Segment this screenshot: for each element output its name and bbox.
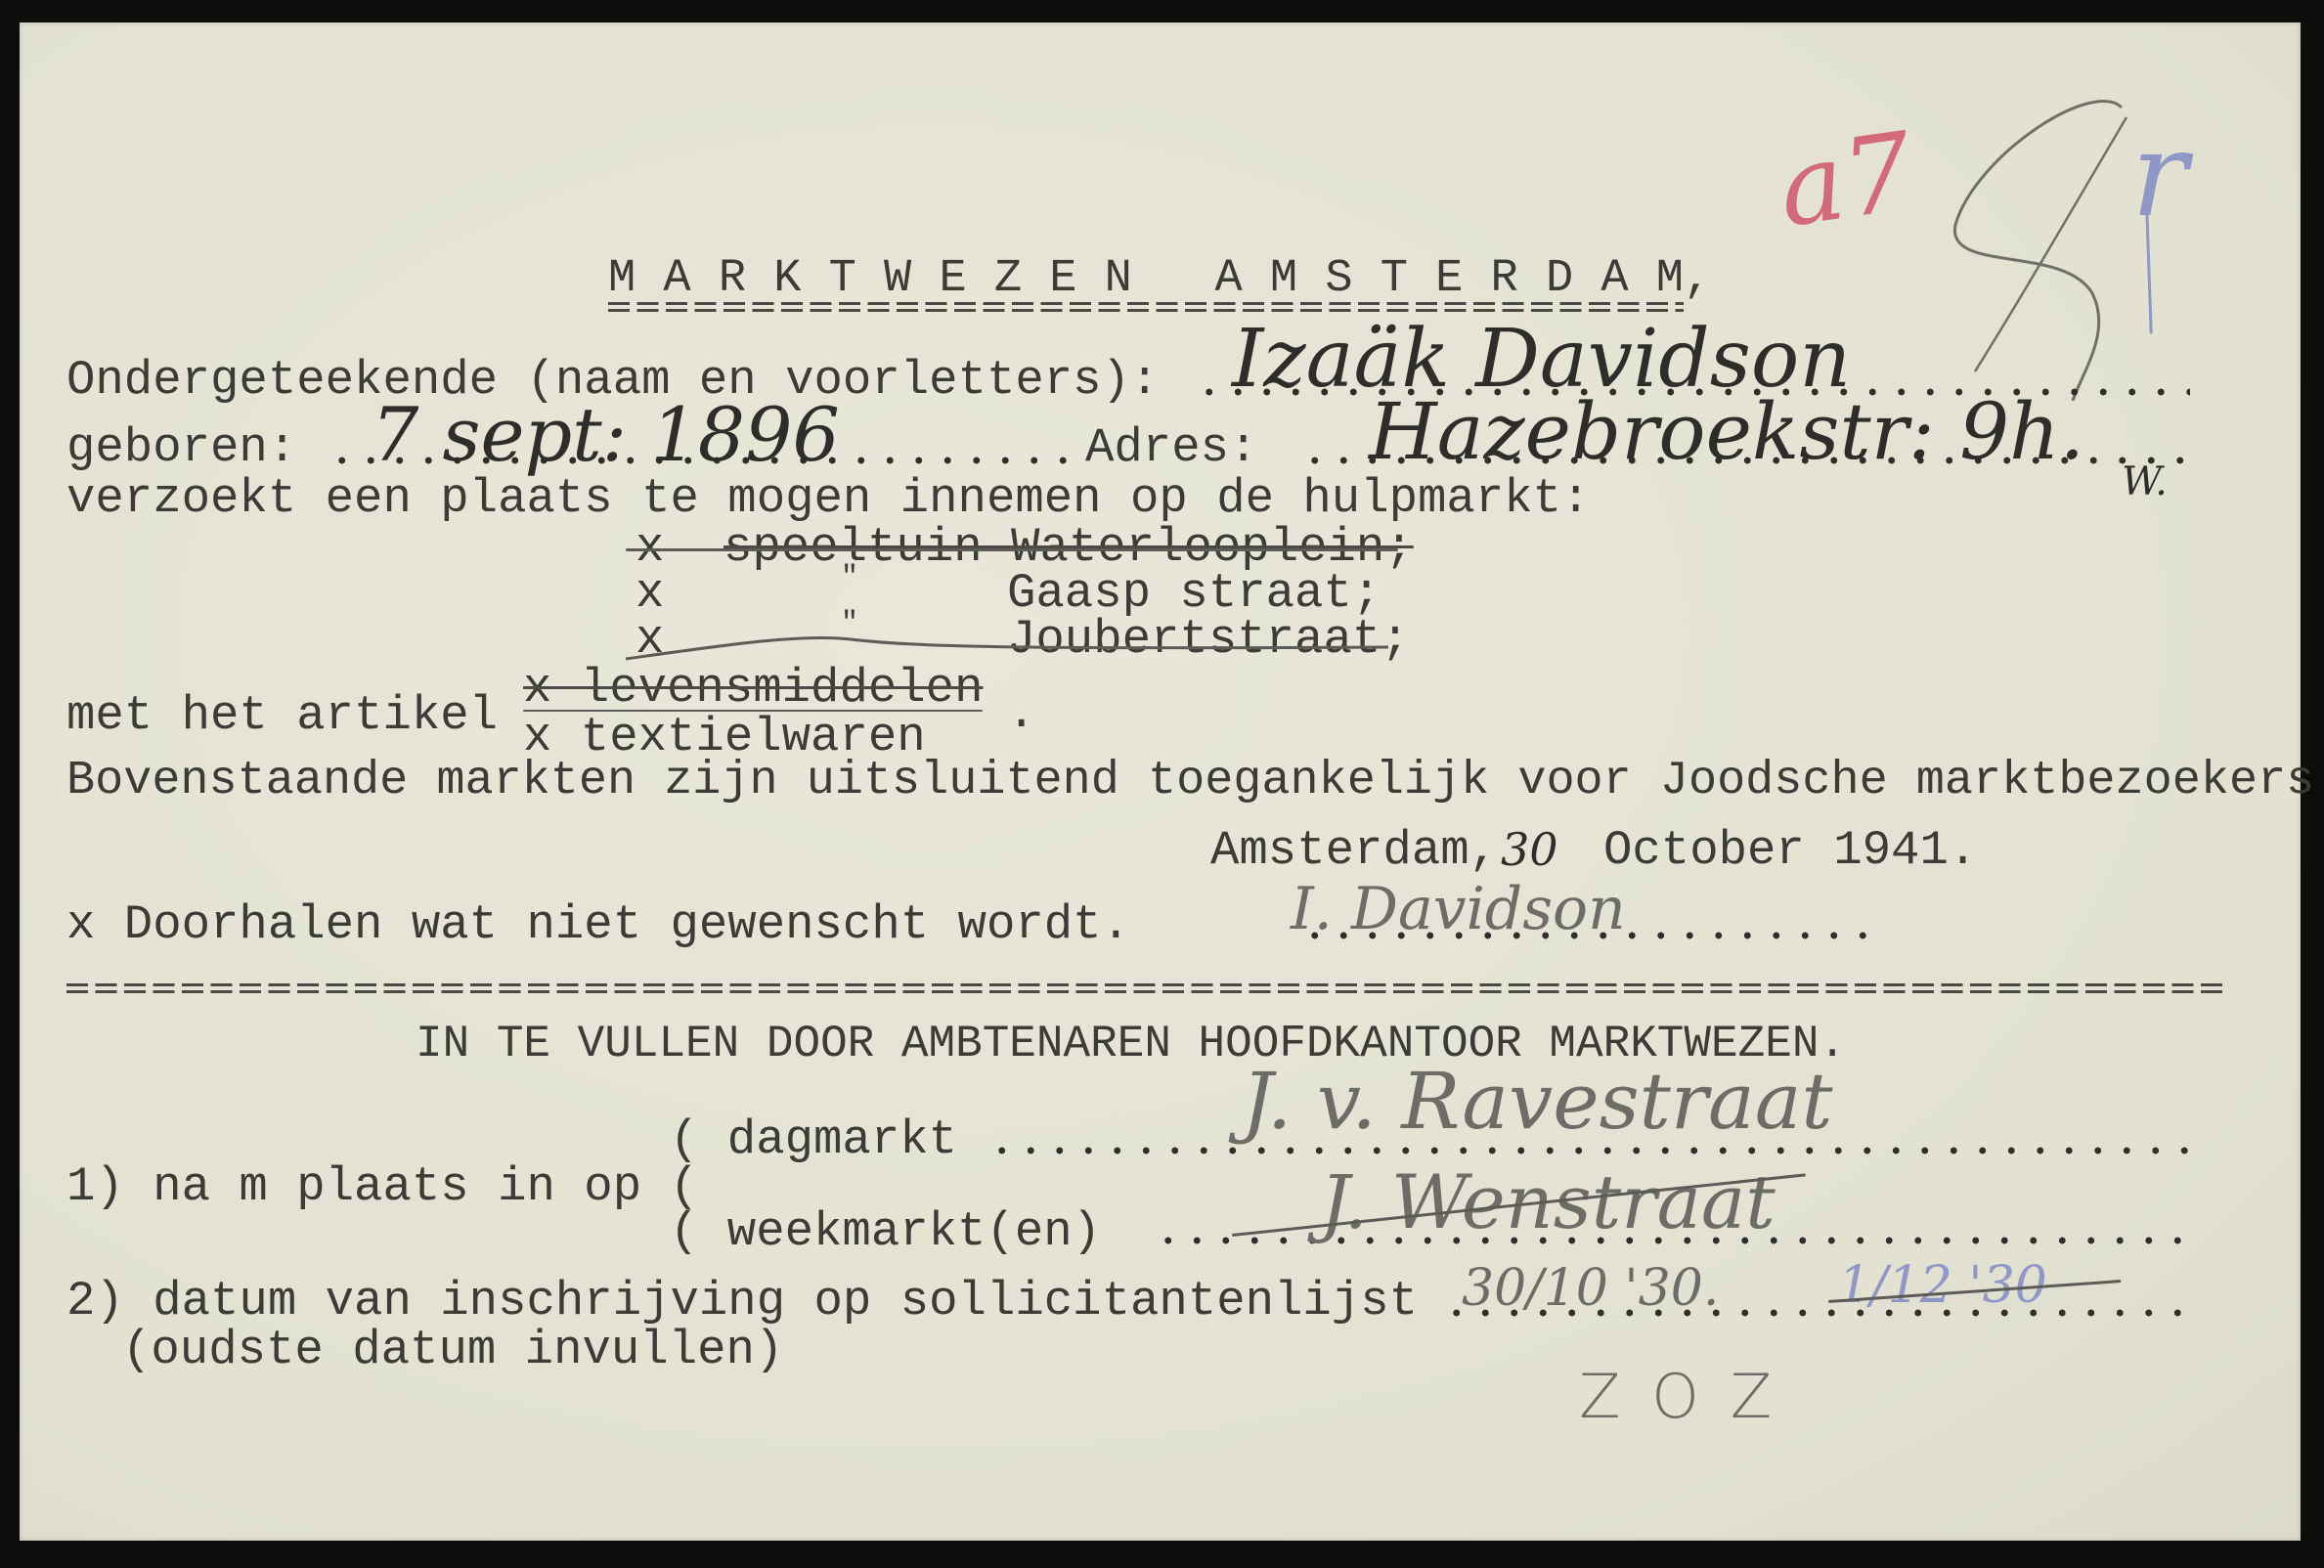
address-suffix: W. <box>2122 459 2168 504</box>
title-double-rule <box>608 301 1684 313</box>
address-label: Adres: <box>1085 424 1257 472</box>
document-title: M A R K T W E Z E N A M S T E R D A M, <box>608 256 1711 302</box>
address-value: Hazebroekstr: 9h. <box>1369 386 2084 477</box>
zoz-mark: Z O Z <box>1579 1367 1777 1427</box>
date-day: 30 <box>1501 823 1558 876</box>
article-end: . <box>1007 690 1035 738</box>
red-annotation: a7 <box>1772 109 1920 251</box>
footnote: x Doorhalen wat niet gewenscht wordt. <box>66 901 1130 949</box>
market-2-prefix: x <box>636 570 664 618</box>
place-prefix: Amsterdam, <box>1210 827 1498 875</box>
born-value: 7 sept: 1896 <box>372 391 840 478</box>
section-double-rule <box>66 982 2227 994</box>
signature: I. Davidson <box>1291 875 1626 943</box>
dagmarkt-dotted-line <box>987 1146 2198 1155</box>
dagmarkt-value: J. v. Ravestraat <box>1242 1056 1833 1147</box>
item1-label: 1) na m plaats in op <box>66 1163 641 1211</box>
item2-date-2: 1/12 '30 <box>1838 1256 2047 1315</box>
dagmarkt-label: ( dagmarkt <box>670 1116 957 1164</box>
market-3-strike <box>626 626 1388 665</box>
blue-annotation: r <box>2131 108 2187 243</box>
article-option-levensmiddelen: x levensmiddelen <box>523 665 983 713</box>
item2-label: 2) datum van inschrijving op sollicitant… <box>66 1278 1418 1326</box>
item2-date-1: 30/10 '30. <box>1462 1259 1719 1318</box>
notice-text: Bovenstaande markten zijn uitsluitend to… <box>66 758 2324 806</box>
date-rest: October 1941. <box>1603 827 1977 875</box>
request-text: verzoekt een plaats te mogen innemen op … <box>66 475 1590 523</box>
market-2-ditto: " <box>841 563 858 592</box>
market-2-name: Gaasp straat; <box>1007 570 1381 618</box>
weekmarkt-label: ( weekmarkt(en) <box>670 1208 1101 1256</box>
article-label: met het artikel <box>66 692 498 740</box>
born-label: geboren: <box>66 424 296 472</box>
item2-sub: (oudste datum invullen) <box>122 1327 783 1374</box>
market-1-strike <box>626 548 1398 551</box>
